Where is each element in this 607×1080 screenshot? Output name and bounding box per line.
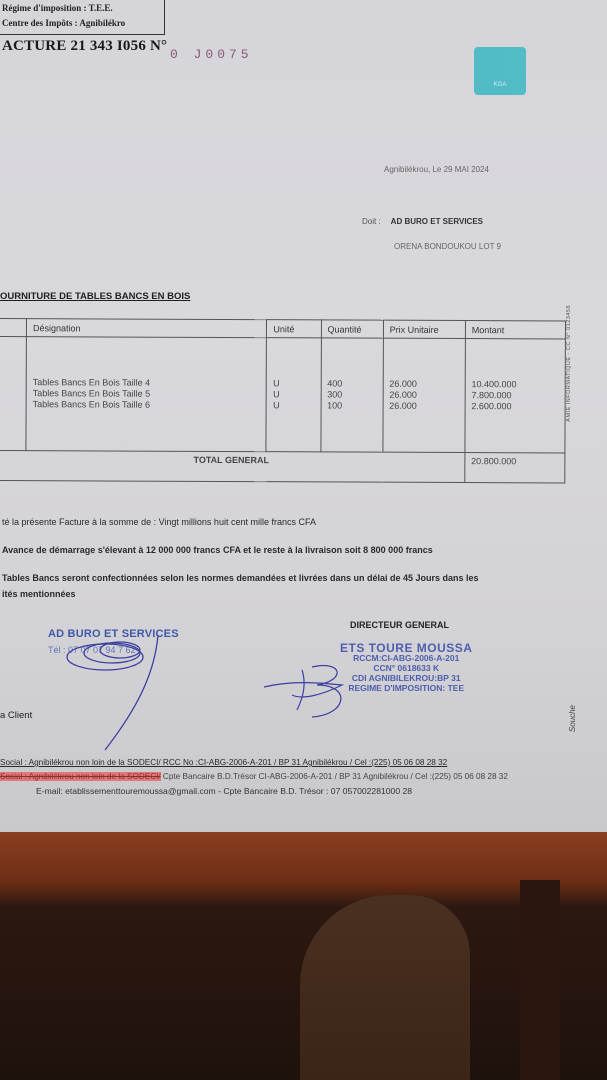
col-blank — [0, 319, 27, 337]
tax-centre: Centre des Impôts : Agnibilékro — [2, 18, 125, 28]
items-table: Désignation Unité Quantité Prix Unitaire… — [0, 318, 566, 483]
amount-in-words: té la présente Facture à la somme de : V… — [2, 517, 316, 527]
col-designation: Désignation — [26, 319, 266, 338]
place-date: Agnibilékrou, Le 29 MAI 2024 — [384, 165, 489, 174]
footer-email-line: E-mail: etablissementtouremoussa@gmail.c… — [36, 786, 412, 796]
stamp-line: ETS TOURE MOUSSA — [340, 643, 472, 653]
col-montant: Montant — [465, 321, 565, 339]
row-unite: U — [267, 400, 321, 411]
total-value: 20.800.000 — [465, 453, 565, 483]
footer-overprint-line: Social : Agnibilékrou non loin de la SOD… — [0, 772, 508, 781]
chair-background — [520, 880, 560, 1080]
section-title: OURNITURE DE TABLES BANCS EN BOIS — [0, 291, 190, 302]
row-unite: U — [267, 378, 321, 389]
total-row: TOTAL GENERAL 20.800.000 — [0, 451, 565, 483]
fiscal-stamp: KGA — [474, 47, 526, 95]
stamp-line: CDI AGNIBILEKROU:BP 31 — [340, 673, 472, 683]
recipient-label: Doit : — [362, 217, 381, 226]
recipient-name: AD BURO ET SERVICES — [391, 217, 483, 226]
company-stamp: ETS TOURE MOUSSA RCCM:CI-ABG-2006-A-201 … — [340, 643, 472, 693]
row-quantite: 300 — [321, 389, 383, 400]
director-title: DIRECTEUR GENERAL — [350, 620, 449, 630]
row-prix: 26.000 — [383, 379, 465, 390]
cloth-background — [300, 895, 470, 1080]
col-prix-unitaire: Prix Unitaire — [383, 320, 465, 338]
printer-side-text: AMIE INFORMATIQUE · CC N° 0123456 — [566, 305, 572, 422]
recipient-line: Doit :AD BURO ET SERVICES — [362, 217, 483, 226]
client-stamp-tel: Tél : 07 07 07 94 7 62 — [48, 645, 136, 655]
footer-struck-text: Social : Agnibilékrou non loin de la SOD… — [0, 772, 161, 781]
invoice-title: ACTURE 21 343 I056 N° — [2, 38, 167, 55]
invoice-number: 0 J0075 — [170, 47, 253, 62]
invoice-document: Régime d'imposition : T.E.E. Centre des … — [0, 0, 607, 832]
footer-address-line: Social : Agnibilékrou non loin de la SOD… — [0, 758, 447, 767]
delivery-conditions-1: Tables Bancs seront confectionnées selon… — [2, 573, 479, 583]
row-designation: Tables Bancs En Bois Taille 6 — [26, 399, 266, 411]
tax-regime: Régime d'imposition : T.E.E. — [2, 3, 113, 13]
souche-label: Souche — [568, 705, 577, 732]
row-montant: 2.600.000 — [465, 401, 565, 412]
total-label: TOTAL GENERAL — [0, 451, 465, 483]
row-unite: U — [267, 389, 321, 400]
row-quantite: 400 — [321, 378, 383, 389]
row-prix: 26.000 — [383, 390, 465, 401]
row-montant: 7.800.000 — [465, 390, 565, 401]
delivery-conditions-2: ités mentionnées — [2, 589, 76, 599]
col-unite: Unité — [267, 320, 321, 338]
fiscal-stamp-text: KGA — [474, 82, 526, 88]
recipient-address: ORENA BONDOUKOU LOT 9 — [394, 242, 501, 251]
client-label: a Client — [0, 710, 32, 721]
row-quantite: 100 — [321, 400, 383, 411]
payment-terms: Avance de démarrage s'élevant à 12 000 0… — [2, 545, 433, 555]
row-prix: 26.000 — [383, 401, 465, 412]
stamp-line: CCN° 0618633 K — [340, 663, 472, 673]
table-spacer — [0, 410, 565, 453]
stamp-line: RCCM:CI-ABG-2006-A-201 — [340, 653, 472, 663]
client-stamp-name: AD BURO ET SERVICES — [48, 628, 179, 640]
stamp-line: REGIME D'IMPOSITION: TEE — [340, 683, 472, 693]
row-montant: 10.400.000 — [465, 379, 565, 390]
col-quantite: Quantité — [321, 320, 383, 338]
table-spacer — [0, 337, 565, 380]
footer-overprint-text: Cpte Bancaire B.D.Trésor CI-ABG-2006-A-2… — [161, 772, 508, 781]
